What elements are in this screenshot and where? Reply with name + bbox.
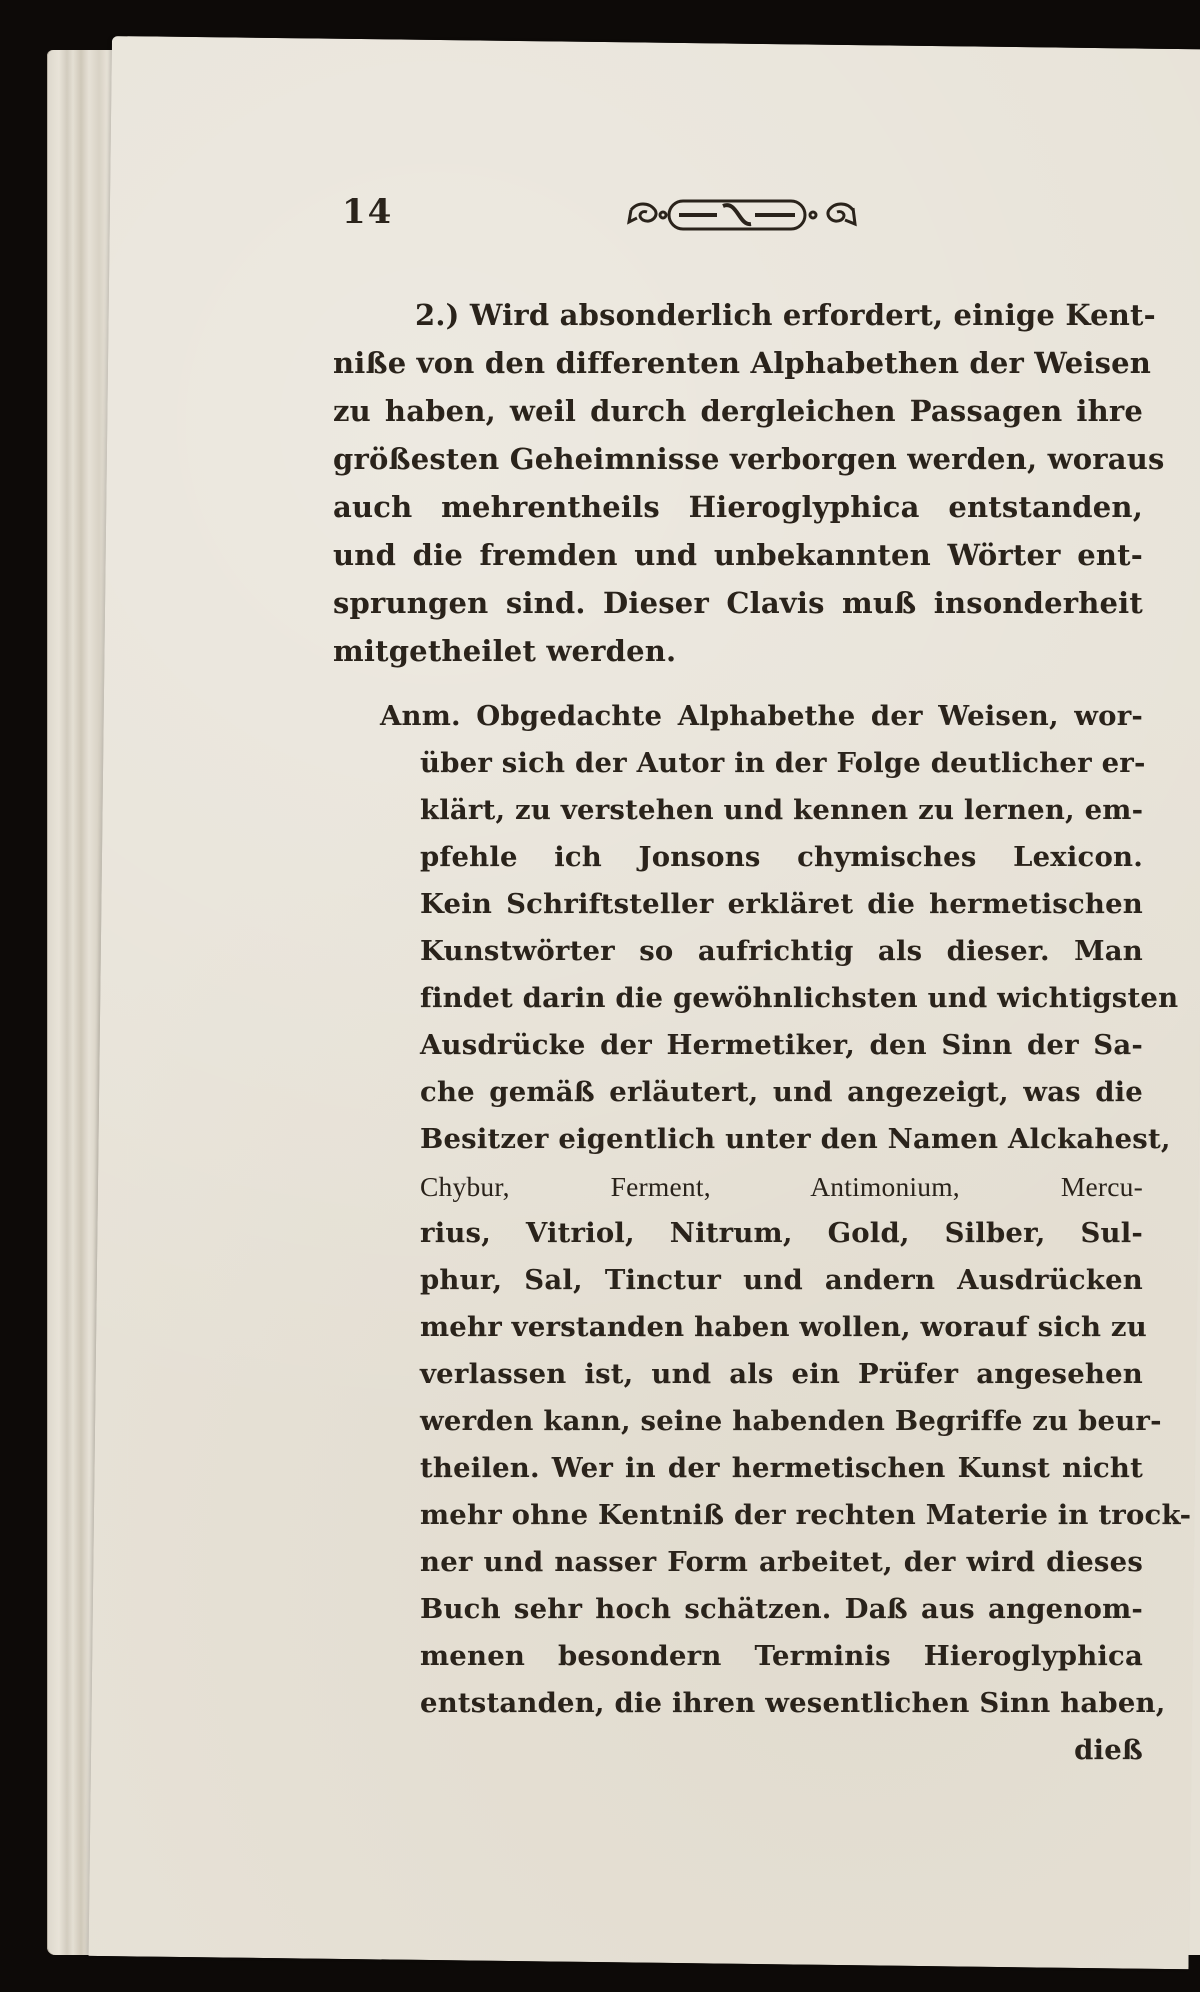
- text-line: und die fremden und unbekannten Wörter e…: [333, 531, 1143, 579]
- text-line: zu haben, weil durch dergleichen Passage…: [333, 387, 1143, 435]
- text-line: Buch sehr hoch schätzen. Daß aus angenom…: [333, 1586, 1143, 1633]
- text-line: menen besondern Terminis Hieroglyphica: [333, 1633, 1143, 1680]
- text-line: rius, Vitriol, Nitrum, Gold, Silber, Sul…: [333, 1210, 1143, 1257]
- text-line: Kunstwörter so aufrichtig als dieser. Ma…: [333, 928, 1143, 975]
- text-line: findet darin die gewöhnlichsten und wich…: [333, 975, 1143, 1022]
- text-line: werden kann, seine habenden Begriffe zu …: [333, 1398, 1143, 1445]
- annotation-paragraph: Anm. Obgedachte Alphabethe der Weisen, w…: [333, 693, 1143, 1774]
- text-line: che gemäß erläutert, und angezeigt, was …: [333, 1069, 1143, 1116]
- text-line: über sich der Autor in der Folge deutlic…: [333, 740, 1143, 787]
- text-line: verlassen ist, und als ein Prüfer angese…: [333, 1351, 1143, 1398]
- text-line: mehr verstanden haben wollen, worauf sic…: [333, 1304, 1143, 1351]
- text-line: Anm. Obgedachte Alphabethe der Weisen, w…: [333, 693, 1143, 740]
- text-line: auch mehrentheils Hieroglyphica entstand…: [333, 483, 1143, 531]
- text-line: größesten Geheimnisse verborgen werden, …: [333, 435, 1143, 483]
- text-line: Besitzer eigentlich unter den Namen Alck…: [333, 1116, 1143, 1163]
- book-page: 14 2.) Wird absonderlich erfordert, eini…: [89, 36, 1200, 1969]
- text-line: pfehle ich Jonsons chymisches Lexicon.: [333, 834, 1143, 881]
- ornament-vignette-icon: [627, 196, 857, 234]
- text-line: klärt, zu verstehen und kennen zu lernen…: [333, 787, 1143, 834]
- text-line: Chybur, Ferment, Antimonium, Mercu-: [333, 1163, 1143, 1210]
- text-line: sprungen sind. Dieser Clavis muß insonde…: [333, 579, 1143, 627]
- text-line: mitgetheilet werden.: [333, 627, 1143, 675]
- page-number: 14: [342, 192, 393, 232]
- text-line: niße von den differenten Alphabethen der…: [333, 339, 1143, 387]
- text-line: Kein Schriftsteller erkläret die hermeti…: [333, 881, 1143, 928]
- text-line: phur, Sal, Tinctur und andern Ausdrücken: [333, 1257, 1143, 1304]
- text-line: ner und nasser Form arbeitet, der wird d…: [333, 1539, 1143, 1586]
- text-line: theilen. Wer in der hermetischen Kunst n…: [333, 1445, 1143, 1492]
- main-text-block: 2.) Wird absonderlich erfordert, einige …: [333, 291, 1143, 1774]
- catchword: dieß: [333, 1727, 1143, 1774]
- text-line: 2.) Wird absonderlich erfordert, einige …: [333, 291, 1143, 339]
- main-paragraph: 2.) Wird absonderlich erfordert, einige …: [333, 291, 1143, 675]
- text-line: Ausdrücke der Hermetiker, den Sinn der S…: [333, 1022, 1143, 1069]
- text-line: mehr ohne Kentniß der rechten Materie in…: [333, 1492, 1143, 1539]
- text-line: entstanden, die ihren wesentlichen Sinn …: [333, 1680, 1143, 1727]
